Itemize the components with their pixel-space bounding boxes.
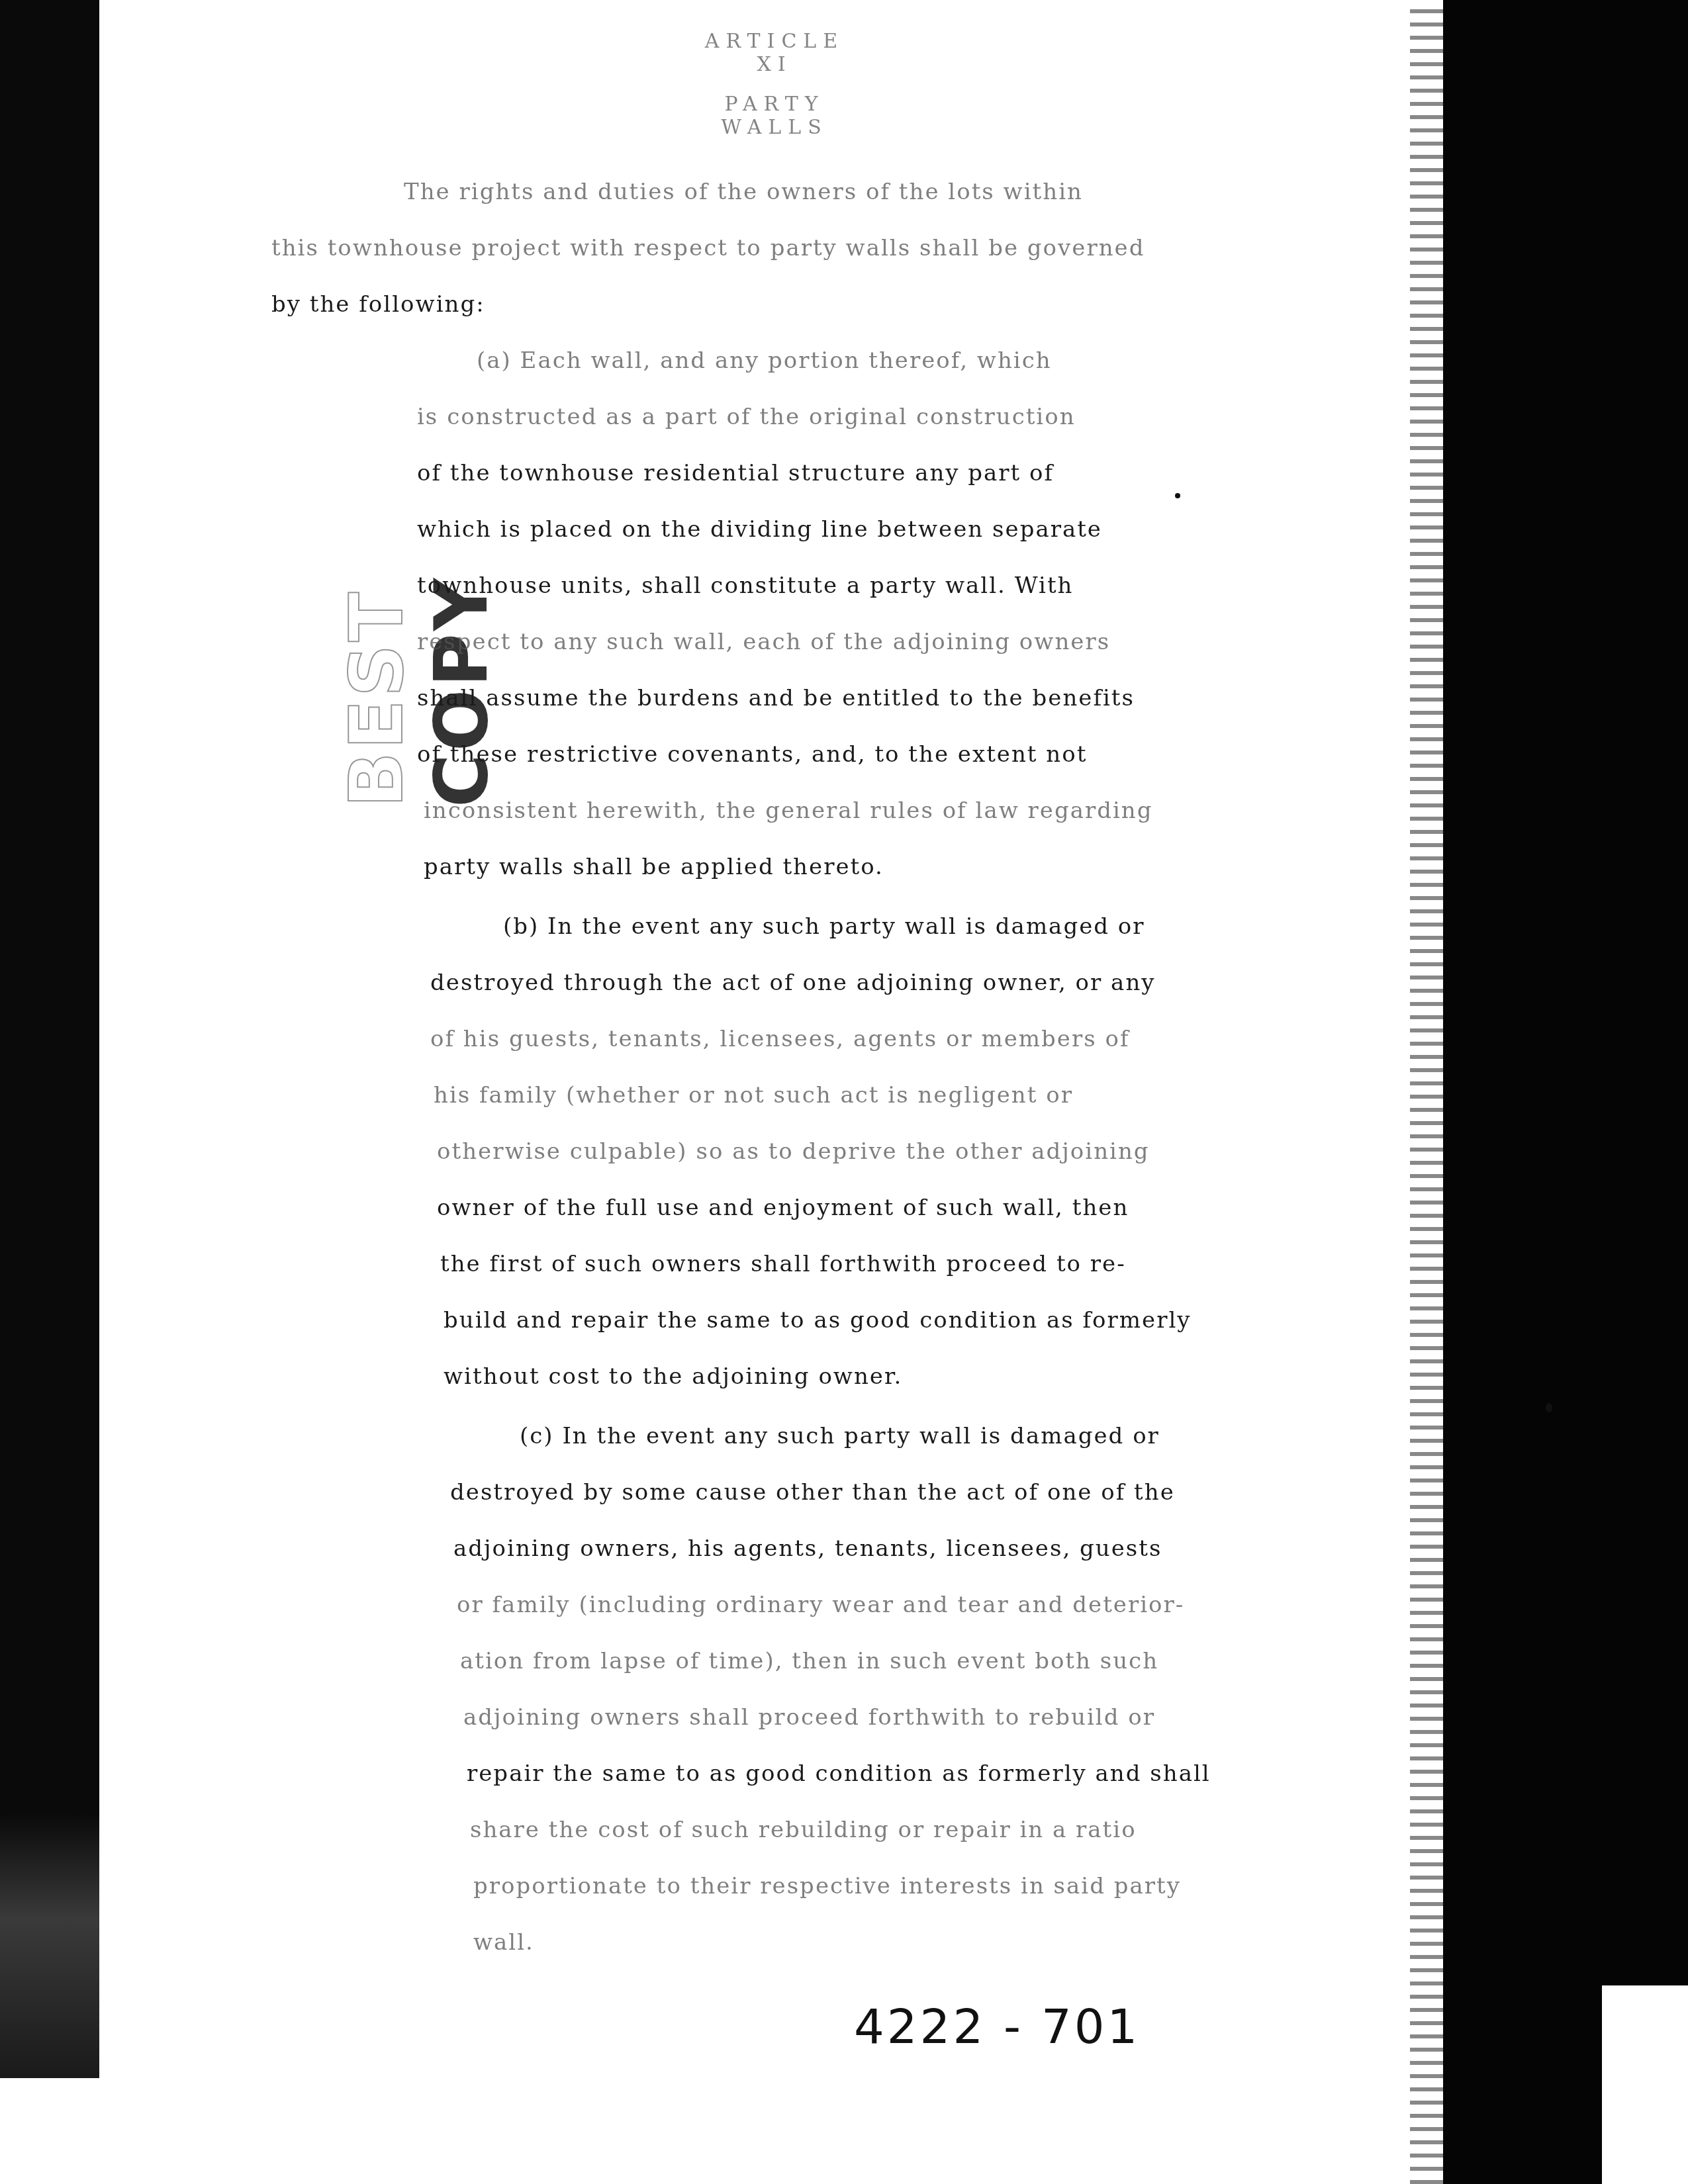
para-a-line: party walls shall be applied thereto.: [424, 854, 884, 880]
para-a-line: (a) Each wall, and any portion thereof, …: [477, 347, 1052, 374]
para-a-line: of the townhouse residential structure a…: [417, 460, 1054, 486]
scan-speck: [1175, 493, 1180, 498]
para-a-line: respect to any such wall, each of the ad…: [417, 629, 1110, 655]
para-a-line: inconsistent herewith, the general rules…: [424, 797, 1153, 824]
book-page-number: 4222 - 701: [854, 1999, 1140, 2054]
scan-border-right: [1443, 0, 1688, 2184]
intro-line: this townhouse project with respect to p…: [271, 235, 1145, 261]
para-c-line: proportionate to their respective intere…: [473, 1873, 1181, 1899]
scan-border-left: [0, 0, 99, 2078]
para-a-line: shall assume the burdens and be entitled…: [417, 685, 1135, 711]
para-b-line: the first of such owners shall forthwith…: [440, 1251, 1126, 1277]
para-c-line: adjoining owners shall proceed forthwith…: [463, 1704, 1155, 1731]
para-b-line: (b) In the event any such party wall is …: [503, 913, 1145, 940]
para-b-line: otherwise culpable) so as to deprive the…: [437, 1138, 1150, 1165]
para-a-line: townhouse units, shall constitute a part…: [417, 572, 1073, 599]
intro-line: by the following:: [271, 291, 485, 318]
para-b-line: build and repair the same to as good con…: [444, 1307, 1191, 1334]
stamp-best: BEST: [334, 590, 419, 807]
intro-line: The rights and duties of the owners of t…: [404, 179, 1083, 205]
para-c-line: or family (including ordinary wear and t…: [457, 1592, 1184, 1618]
para-c-line: destroyed by some cause other than the a…: [450, 1479, 1175, 1506]
para-b-line: destroyed through the act of one adjoini…: [430, 970, 1156, 996]
scan-corner: [1602, 1985, 1688, 2184]
para-c-line: (c) In the event any such party wall is …: [520, 1423, 1160, 1449]
para-b-line: owner of the full use and enjoyment of s…: [437, 1195, 1129, 1221]
para-a-line: is constructed as a part of the original…: [417, 404, 1076, 430]
para-c-line: repair the same to as good condition as …: [467, 1760, 1211, 1787]
para-b-line: without cost to the adjoining owner.: [444, 1363, 902, 1390]
para-b-line: his family (whether or not such act is n…: [434, 1082, 1073, 1109]
para-c-line: ation from lapse of time), then in such …: [460, 1648, 1158, 1674]
article-subheading: PARTY WALLS: [688, 93, 861, 139]
para-a-line: of these restrictive covenants, and, to …: [417, 741, 1087, 768]
para-b-line: of his guests, tenants, licensees, agent…: [430, 1026, 1130, 1052]
para-c-line: wall.: [473, 1929, 534, 1956]
para-c-line: adjoining owners, his agents, tenants, l…: [453, 1535, 1162, 1562]
para-c-line: share the cost of such rebuilding or rep…: [470, 1817, 1137, 1843]
para-a-line: which is placed on the dividing line bet…: [417, 516, 1102, 543]
article-heading: ARTICLE XI: [688, 30, 861, 76]
scan-speck: [1546, 1403, 1552, 1412]
